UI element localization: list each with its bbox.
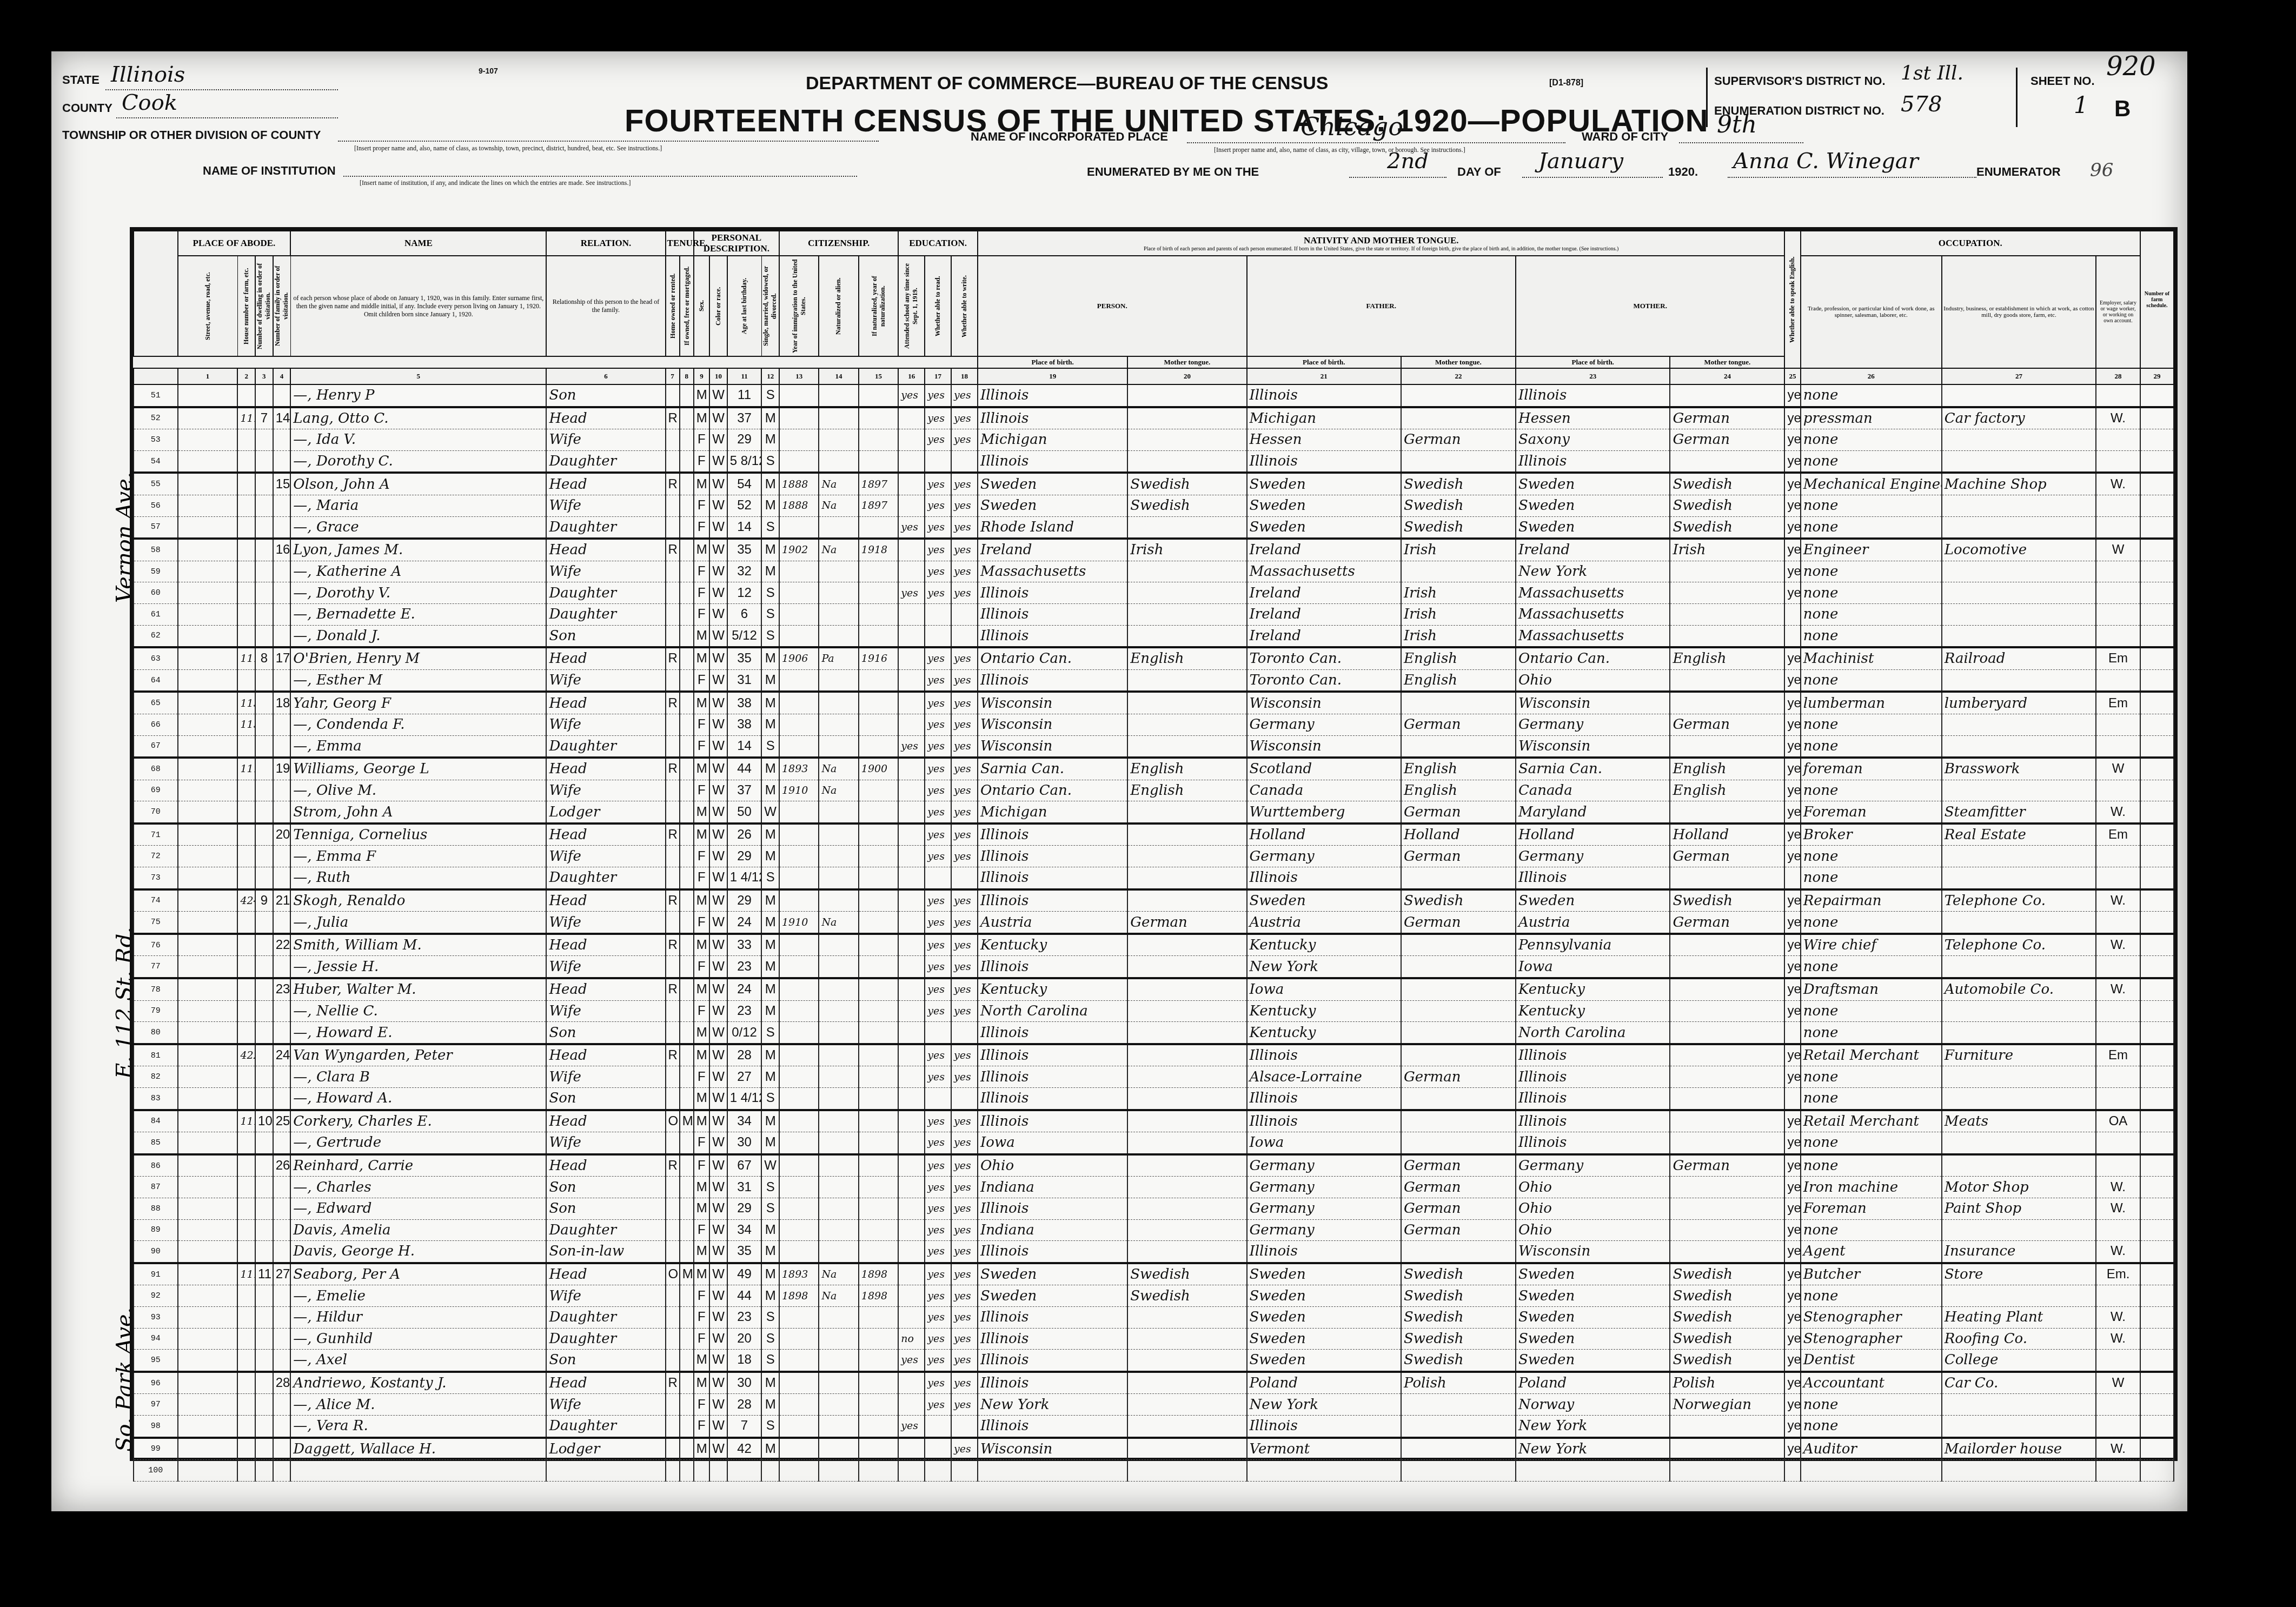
house-number-cell — [237, 1394, 255, 1416]
trade-cell: none — [1801, 1154, 1942, 1177]
owned-cell — [666, 1132, 680, 1154]
father-tongue-cell: English — [1401, 758, 1516, 780]
department-heading: DEPARTMENT OF COMMERCE—BUREAU OF THE CEN… — [806, 73, 1329, 94]
farm-cell — [2140, 824, 2174, 846]
marital-cell: M — [761, 889, 779, 912]
father-birthplace-cell: Sweden — [1247, 1306, 1401, 1328]
trade-cell: Stenographer — [1801, 1306, 1942, 1328]
line-number: 72 — [134, 846, 178, 867]
father-birthplace-cell: Germany — [1247, 714, 1401, 735]
marital-cell: M — [761, 846, 779, 867]
sex-cell: F — [694, 714, 709, 735]
sex-cell: F — [694, 1328, 709, 1350]
mother-mother-tongue-cell: German — [1670, 912, 1784, 934]
owned-cell — [666, 780, 680, 801]
street-cell — [178, 1088, 238, 1110]
class-cell: Em — [2096, 647, 2140, 669]
age-cell: 23 — [727, 1306, 762, 1328]
name-cell: —, Ida V. — [290, 429, 546, 451]
relation-cell: Son — [546, 1088, 665, 1110]
naturalization-year-cell — [859, 1415, 898, 1437]
father-birthplace-cell: Wisconsin — [1247, 692, 1401, 714]
color-cell: W — [709, 429, 727, 451]
sub-house-number: House number or farm, etc. — [237, 256, 255, 356]
mother-tongue-cell — [1127, 1000, 1246, 1022]
industry-cell — [1942, 1000, 2096, 1022]
owned-cell — [666, 384, 680, 407]
immigration-cell — [779, 735, 819, 758]
family-cell: 20 — [273, 824, 291, 846]
mortgage-cell — [680, 1372, 694, 1394]
family-cell — [273, 1460, 291, 1482]
read-cell: yes — [925, 1328, 951, 1350]
name-cell: —, Olive M. — [290, 780, 546, 801]
naturalization-year-cell: 1897 — [859, 473, 898, 495]
owned-cell: R — [666, 824, 680, 846]
immigration-cell — [779, 1154, 819, 1177]
birthplace-cell: Illinois — [978, 625, 1127, 647]
class-cell — [2096, 912, 2140, 934]
name-cell: Seaborg, Per A — [290, 1263, 546, 1285]
line-number: 58 — [134, 539, 178, 561]
father-birthplace-cell: New York — [1247, 1394, 1401, 1416]
house-number-cell — [237, 1000, 255, 1022]
immigration-cell — [779, 1219, 819, 1241]
farm-cell — [2140, 1219, 2174, 1241]
mother-mother-tongue-cell — [1670, 625, 1784, 647]
house-number-cell — [237, 1066, 255, 1088]
line-number: 82 — [134, 1066, 178, 1088]
farm-cell — [2140, 669, 2174, 692]
father-tongue-cell: Swedish — [1401, 1306, 1516, 1328]
census-row: 8626Reinhard, CarrieHeadRFW67WyesyesOhio… — [134, 1154, 2174, 1177]
street-cell — [178, 1328, 238, 1350]
mortgage-cell — [680, 1066, 694, 1088]
immigration-cell — [779, 1066, 819, 1088]
line-header — [134, 231, 178, 356]
trade-cell: Wire chief — [1801, 934, 1942, 956]
farm-cell — [2140, 912, 2174, 934]
school-cell — [898, 1000, 925, 1022]
mortgage-cell — [680, 692, 694, 714]
line-number: 70 — [134, 801, 178, 824]
mother-mother-tongue-cell — [1670, 1438, 1784, 1460]
immigration-cell: 1910 — [779, 912, 819, 934]
sex-cell: F — [694, 669, 709, 692]
sex-cell: F — [694, 1415, 709, 1437]
mother-mother-tongue-cell — [1670, 956, 1784, 978]
sub-owned: Home owned or rented. — [666, 256, 680, 356]
industry-cell — [1942, 714, 2096, 735]
relation-cell: Wife — [546, 714, 665, 735]
father-birthplace-cell: Illinois — [1247, 450, 1401, 473]
write-cell: yes — [951, 429, 978, 451]
relation-cell: Wife — [546, 495, 665, 516]
street-cell — [178, 1438, 238, 1460]
father-birthplace-cell: Kentucky — [1247, 1000, 1401, 1022]
speak-english-cell — [1784, 1460, 1800, 1482]
mother-tongue-cell — [1127, 582, 1246, 604]
mother-birthplace-cell: North Carolina — [1516, 1022, 1670, 1044]
trade-cell: none — [1801, 780, 1942, 801]
mother-mother-tongue-cell: English — [1670, 780, 1784, 801]
father-tongue-cell — [1401, 407, 1516, 429]
immigration-cell — [779, 407, 819, 429]
school-cell — [898, 801, 925, 824]
mother-mother-tongue-cell: English — [1670, 647, 1784, 669]
birthplace-cell: Wisconsin — [978, 714, 1127, 735]
street-cell — [178, 1000, 238, 1022]
mortgage-cell — [680, 1241, 694, 1263]
sub-mother-mt: Mother tongue. — [1670, 356, 1784, 368]
house-number-cell — [237, 516, 255, 539]
speak-english-cell: yes — [1784, 934, 1800, 956]
mortgage-cell — [680, 1219, 694, 1241]
birthplace-cell: Illinois — [978, 603, 1127, 625]
birthplace-cell: Sweden — [978, 473, 1127, 495]
age-cell: 33 — [727, 934, 762, 956]
name-cell: Tenniga, Cornelius — [290, 824, 546, 846]
marital-cell: M — [761, 473, 779, 495]
mother-mother-tongue-cell — [1670, 1022, 1784, 1044]
class-cell: W. — [2096, 978, 2140, 1000]
sex-cell: F — [694, 561, 709, 582]
mother-birthplace-cell: Ohio — [1516, 1177, 1670, 1198]
house-number-cell — [237, 473, 255, 495]
name-cell: Van Wyngarden, Peter — [290, 1044, 546, 1066]
sub-dwelling: Number of dwelling in order of visitatio… — [255, 256, 273, 356]
name-cell: Olson, John A — [290, 473, 546, 495]
father-birthplace-cell: Illinois — [1247, 1044, 1401, 1066]
mortgage-cell — [680, 846, 694, 867]
census-row: 74424921Skogh, RenaldoHeadRMW29MyesyesIl… — [134, 889, 2174, 912]
industry-cell — [1942, 1219, 2096, 1241]
family-cell — [273, 1219, 291, 1241]
color-cell: W — [709, 495, 727, 516]
industry-cell — [1942, 1285, 2096, 1307]
age-cell: 49 — [727, 1263, 762, 1285]
mortgage-cell — [680, 669, 694, 692]
enumeration-label: ENUMERATION DISTRICT No. — [1714, 104, 1884, 118]
mother-tongue-cell: English — [1127, 780, 1246, 801]
naturalization-year-cell — [859, 735, 898, 758]
naturalized-cell — [819, 1241, 858, 1263]
sex-cell: M — [694, 647, 709, 669]
enumerated-month: January — [1538, 149, 1623, 174]
birthplace-cell: Illinois — [978, 956, 1127, 978]
trade-cell: Dentist — [1801, 1350, 1942, 1372]
birthplace-cell: Ireland — [978, 539, 1127, 561]
line-number: 67 — [134, 735, 178, 758]
house-number-cell — [237, 846, 255, 867]
write-cell: yes — [951, 561, 978, 582]
industry-cell: Telephone Co. — [1942, 934, 2096, 956]
trade-cell: Foreman — [1801, 1198, 1942, 1219]
census-row: 7823Huber, Walter M.HeadRMW24MyesyesKent… — [134, 978, 2174, 1000]
naturalization-year-cell — [859, 956, 898, 978]
naturalized-cell: Na — [819, 473, 858, 495]
class-cell — [2096, 867, 2140, 889]
read-cell: yes — [925, 912, 951, 934]
school-cell — [898, 1285, 925, 1307]
line-number: 79 — [134, 1000, 178, 1022]
color-cell: W — [709, 1328, 727, 1350]
father-tongue-cell: German — [1401, 846, 1516, 867]
name-cell: Yahr, Georg F — [290, 692, 546, 714]
farm-cell — [2140, 603, 2174, 625]
color-cell: W — [709, 1088, 727, 1110]
sex-cell: M — [694, 1198, 709, 1219]
sheet-label: SHEET No. — [2030, 74, 2095, 88]
mother-mother-tongue-cell — [1670, 1044, 1784, 1066]
census-row: 70Strom, John ALodgerMW50WyesyesMichigan… — [134, 801, 2174, 824]
mother-birthplace-cell: Illinois — [1516, 1110, 1670, 1132]
sub-read: Whether able to read. — [925, 256, 951, 356]
trade-cell: none — [1801, 846, 1942, 867]
color-cell: W — [709, 978, 727, 1000]
relation-cell: Lodger — [546, 1438, 665, 1460]
family-cell — [273, 735, 291, 758]
read-cell — [925, 1438, 951, 1460]
family-cell — [273, 1241, 291, 1263]
age-cell: 32 — [727, 561, 762, 582]
name-cell: Strom, John A — [290, 801, 546, 824]
write-cell — [951, 1415, 978, 1437]
column-number: 17 — [925, 368, 951, 384]
farm-cell — [2140, 801, 2174, 824]
immigration-cell — [779, 714, 819, 735]
father-birthplace-cell: Alsace-Lorraine — [1247, 1066, 1401, 1088]
father-tongue-cell — [1401, 450, 1516, 473]
read-cell: yes — [925, 1241, 951, 1263]
house-number-cell — [237, 582, 255, 604]
speak-english-cell: yes — [1784, 889, 1800, 912]
class-cell — [2096, 1000, 2140, 1022]
mortgage-cell — [680, 824, 694, 846]
owned-cell: O — [666, 1263, 680, 1285]
industry-cell: Furniture — [1942, 1044, 2096, 1066]
write-cell: yes — [951, 1110, 978, 1132]
industry-cell — [1942, 561, 2096, 582]
house-number-cell — [237, 1132, 255, 1154]
relation-cell: Lodger — [546, 801, 665, 824]
trade-cell: none — [1801, 1088, 1942, 1110]
class-cell: W. — [2096, 473, 2140, 495]
owned-cell — [666, 1177, 680, 1198]
school-cell — [898, 1438, 925, 1460]
immigration-cell — [779, 824, 819, 846]
naturalized-cell — [819, 735, 858, 758]
family-cell — [273, 801, 291, 824]
census-row: 72—, Emma FWifeFW29MyesyesIllinoisGerman… — [134, 846, 2174, 867]
write-cell: yes — [951, 758, 978, 780]
owned-cell — [666, 1066, 680, 1088]
mother-mother-tongue-cell — [1670, 1177, 1784, 1198]
mother-tongue-cell — [1127, 1394, 1246, 1416]
naturalization-year-cell — [859, 582, 898, 604]
farm-cell — [2140, 539, 2174, 561]
marital-cell: M — [761, 1000, 779, 1022]
house-number-cell: 424 — [237, 889, 255, 912]
mother-tongue-cell — [1127, 846, 1246, 867]
industry-cell — [1942, 735, 2096, 758]
naturalized-cell — [819, 1088, 858, 1110]
trade-cell: Stenographer — [1801, 1328, 1942, 1350]
relation-cell: Head — [546, 978, 665, 1000]
naturalization-year-cell: 1897 — [859, 495, 898, 516]
farm-cell — [2140, 1154, 2174, 1177]
relation-cell: Head — [546, 824, 665, 846]
dwelling-cell — [255, 1372, 273, 1394]
farm-cell — [2140, 582, 2174, 604]
mother-birthplace-cell: Ohio — [1516, 1219, 1670, 1241]
farm-cell — [2140, 692, 2174, 714]
school-cell — [898, 647, 925, 669]
father-birthplace-cell: Kentucky — [1247, 934, 1401, 956]
street-cell — [178, 1110, 238, 1132]
owned-cell — [666, 1088, 680, 1110]
age-cell: 67 — [727, 1154, 762, 1177]
street-cell — [178, 1154, 238, 1177]
sub-father-mt: Mother tongue. — [1401, 356, 1516, 368]
color-cell: W — [709, 1154, 727, 1177]
street-cell — [178, 495, 238, 516]
house-number-cell — [237, 1285, 255, 1307]
industry-cell — [1942, 1022, 2096, 1044]
farm-cell — [2140, 889, 2174, 912]
mother-birthplace-cell: Sweden — [1516, 1306, 1670, 1328]
class-cell: Em — [2096, 1044, 2140, 1066]
birthplace-cell: Illinois — [978, 1241, 1127, 1263]
father-tongue-cell: English — [1401, 647, 1516, 669]
relation-cell: Head — [546, 1263, 665, 1285]
street-cell — [178, 978, 238, 1000]
mother-mother-tongue-cell: Holland — [1670, 824, 1784, 846]
dwelling-cell — [255, 692, 273, 714]
birthplace-cell: Illinois — [978, 1328, 1127, 1350]
age-cell: 35 — [727, 1241, 762, 1263]
class-cell: W — [2096, 539, 2140, 561]
mother-birthplace-cell: Illinois — [1516, 384, 1670, 407]
age-cell: 11 — [727, 384, 762, 407]
industry-cell: Car factory — [1942, 407, 2096, 429]
marital-cell: S — [761, 625, 779, 647]
trade-cell: Foreman — [1801, 801, 1942, 824]
census-row: 79—, Nellie C.WifeFW23MyesyesNorth Carol… — [134, 1000, 2174, 1022]
sub-age: Age at last birthday. — [727, 256, 762, 356]
col-group-personal: PERSONAL DESCRIPTION. — [694, 231, 779, 256]
school-cell — [898, 561, 925, 582]
industry-cell: Railroad — [1942, 647, 2096, 669]
father-tongue-cell — [1401, 384, 1516, 407]
street-cell — [178, 1198, 238, 1219]
marital-cell: M — [761, 1110, 779, 1132]
family-cell — [273, 1198, 291, 1219]
trade-cell: none — [1801, 625, 1942, 647]
class-cell — [2096, 1415, 2140, 1437]
farm-cell — [2140, 978, 2174, 1000]
mother-birthplace-cell: Maryland — [1516, 801, 1670, 824]
relation-cell: Head — [546, 934, 665, 956]
mother-tongue-cell — [1127, 1219, 1246, 1241]
mortgage-cell — [680, 1154, 694, 1177]
speak-english-cell: yes — [1784, 1394, 1800, 1416]
color-cell: W — [709, 758, 727, 780]
trade-cell: none — [1801, 1066, 1942, 1088]
state-label: STATE — [62, 73, 99, 87]
industry-cell — [1942, 956, 2096, 978]
marital-cell: M — [761, 1219, 779, 1241]
family-cell — [273, 1000, 291, 1022]
name-cell: —, Howard A. — [290, 1088, 546, 1110]
mother-mother-tongue-cell — [1670, 934, 1784, 956]
age-cell: 44 — [727, 1285, 762, 1307]
naturalized-cell — [819, 824, 858, 846]
birthplace-cell: Sweden — [978, 1285, 1127, 1307]
marital-cell: S — [761, 1088, 779, 1110]
read-cell: yes — [925, 1350, 951, 1372]
school-cell — [898, 1022, 925, 1044]
institution-note: [Insert name of institution, if any, and… — [360, 179, 631, 187]
farm-cell — [2140, 473, 2174, 495]
birthplace-cell: Illinois — [978, 1088, 1127, 1110]
trade-cell: none — [1801, 384, 1942, 407]
farm-cell — [2140, 780, 2174, 801]
farm-cell — [2140, 647, 2174, 669]
house-number-cell: 11154 — [237, 647, 255, 669]
mother-tongue-cell: Swedish — [1127, 1285, 1246, 1307]
farm-cell — [2140, 1438, 2174, 1460]
age-cell: 38 — [727, 714, 762, 735]
sex-cell: F — [694, 1219, 709, 1241]
farm-cell — [2140, 625, 2174, 647]
speak-english-cell: yes — [1784, 669, 1800, 692]
relation-cell: Daughter — [546, 867, 665, 889]
industry-cell — [1942, 495, 2096, 516]
marital-cell: M — [761, 780, 779, 801]
owned-cell — [666, 867, 680, 889]
age-cell: 18 — [727, 1350, 762, 1372]
sub-father-pob: Place of birth. — [1247, 356, 1401, 368]
mother-birthplace-cell: Austria — [1516, 912, 1670, 934]
marital-cell: M — [761, 1438, 779, 1460]
relation-cell — [546, 1460, 665, 1482]
dwelling-cell — [255, 1000, 273, 1022]
color-cell: W — [709, 1066, 727, 1088]
township-note: [Insert proper name and, also, name of c… — [354, 144, 662, 152]
trade-cell: Draftsman — [1801, 978, 1942, 1000]
school-cell — [898, 1088, 925, 1110]
farm-cell — [2140, 1066, 2174, 1088]
write-cell: yes — [951, 473, 978, 495]
mother-birthplace-cell: Kentucky — [1516, 978, 1670, 1000]
family-cell — [273, 561, 291, 582]
farm-cell — [2140, 1328, 2174, 1350]
class-cell: W. — [2096, 407, 2140, 429]
trade-cell: none — [1801, 450, 1942, 473]
mother-mother-tongue-cell — [1670, 1219, 1784, 1241]
naturalized-cell — [819, 429, 858, 451]
father-tongue-cell: German — [1401, 1154, 1516, 1177]
speak-english-cell: yes — [1784, 780, 1800, 801]
dwelling-cell — [255, 1088, 273, 1110]
naturalization-year-cell — [859, 1088, 898, 1110]
column-number: 26 — [1801, 368, 1942, 384]
mother-tongue-cell — [1127, 1328, 1246, 1350]
father-tongue-cell: Holland — [1401, 824, 1516, 846]
census-row: 54—, Dorothy C.DaughterFW5 8/12SIllinois… — [134, 450, 2174, 473]
school-cell — [898, 495, 925, 516]
